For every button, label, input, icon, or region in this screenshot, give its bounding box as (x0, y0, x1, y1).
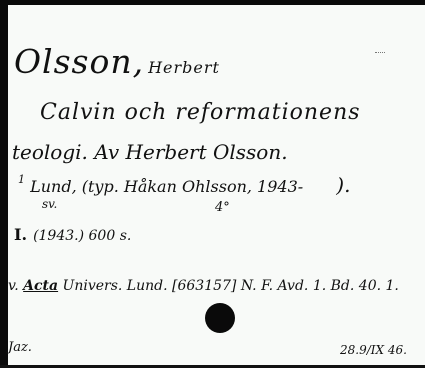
title-line-1: Calvin och reformationens (40, 100, 361, 125)
series-rest: Univers. Lund. [663157] N. F. Avd. 1. Bd… (63, 278, 399, 294)
author-heading: Olsson,Herbert (14, 42, 220, 81)
date-stamp: 28.9/IX 46. (340, 343, 407, 357)
cataloger-signature: Jaz. (8, 340, 32, 355)
title-line-2: teologi. Av Herbert Olsson. (12, 140, 288, 164)
punch-hole (205, 303, 235, 333)
series-underlined: Acta (23, 278, 58, 294)
volume-label: I. (14, 225, 27, 244)
imprint-line: 1 Lund, (typ. Håkan Ohlsson, 1943- ). (18, 173, 350, 197)
scan-frame-bottom (0, 365, 425, 368)
scan-specks (375, 52, 385, 55)
imprint-sub: sv. (42, 197, 57, 211)
author-surname: Olsson, (14, 42, 144, 81)
volume-detail: (1943.) 600 s. (33, 228, 131, 244)
format-size: 4° (215, 200, 230, 215)
imprint-close: ). (336, 173, 350, 197)
volume-line: I.(1943.) 600 s. (14, 225, 131, 244)
series-note: v. Acta Univers. Lund. [663157] N. F. Av… (8, 278, 399, 294)
series-prefix: v. (8, 278, 19, 294)
imprint-text: Lund, (typ. Håkan Ohlsson, 1943- (30, 177, 303, 196)
scan-frame-left (0, 0, 8, 368)
catalog-card-scan: Olsson,Herbert Calvin och reformationens… (0, 0, 425, 390)
author-given-name: Herbert (148, 58, 220, 77)
imprint-prefix: 1 (18, 173, 25, 186)
